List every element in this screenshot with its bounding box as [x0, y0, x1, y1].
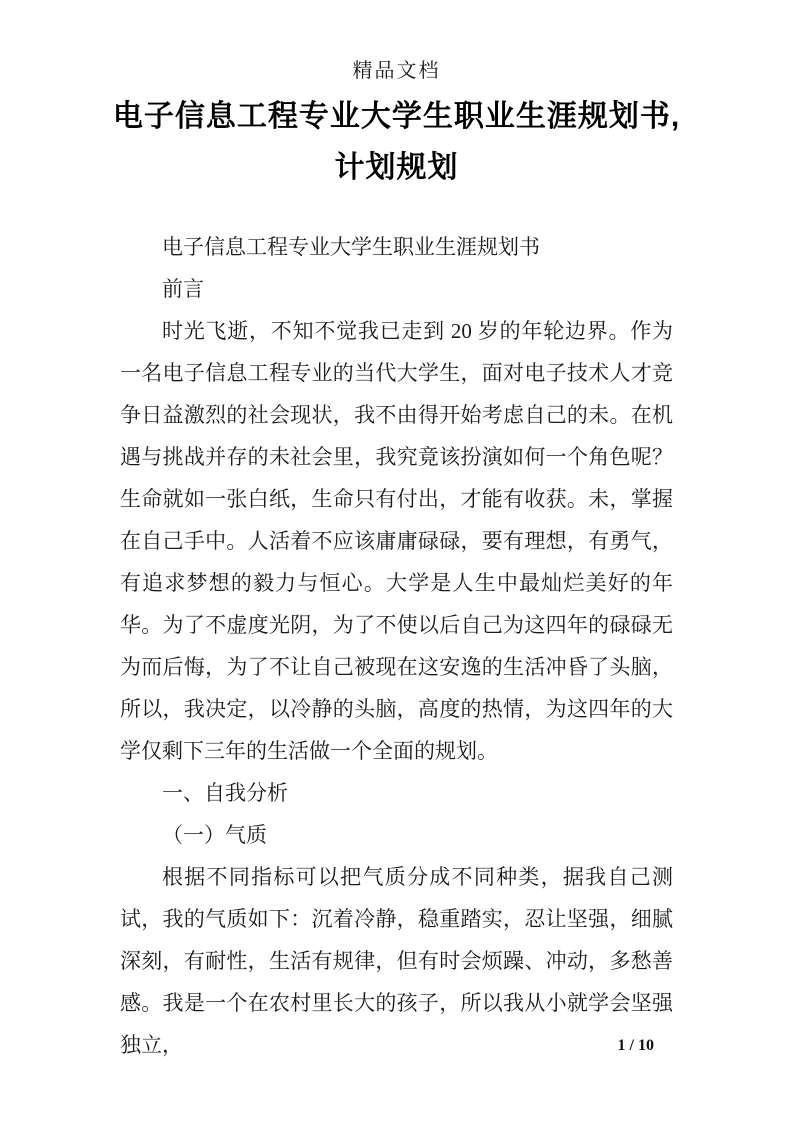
paragraph-subtitle: 电子信息工程专业大学生职业生涯规划书	[120, 226, 673, 268]
document-body: 电子信息工程专业大学生职业生涯规划书 前言 时光飞逝，不知不觉我已走到 20 岁…	[120, 226, 673, 1066]
document-title-line-1: 电子信息工程专业大学生职业生涯规划书,	[40, 91, 753, 142]
document-page: 精品文档 电子信息工程专业大学生职业生涯规划书, 计划规划 电子信息工程专业大学…	[0, 0, 793, 1122]
paragraph-foreword-body: 时光飞逝，不知不觉我已走到 20 岁的年轮边界。作为一名电子信息工程专业的当代大…	[120, 310, 673, 772]
page-number-indicator: 1 / 10	[618, 1037, 654, 1055]
paragraph-heading-temperament: （一）气质	[120, 814, 673, 856]
paragraph-heading-foreword: 前言	[120, 268, 673, 310]
document-title-line-2: 计划规划	[40, 142, 753, 193]
document-title: 电子信息工程专业大学生职业生涯规划书, 计划规划	[40, 91, 753, 193]
watermark-header: 精品文档	[0, 54, 793, 83]
paragraph-heading-self-analysis: 一、自我分析	[120, 772, 673, 814]
paragraph-temperament-body: 根据不同指标可以把气质分成不同种类，据我自己测试，我的气质如下：沉着冷静，稳重踏…	[120, 856, 673, 1066]
